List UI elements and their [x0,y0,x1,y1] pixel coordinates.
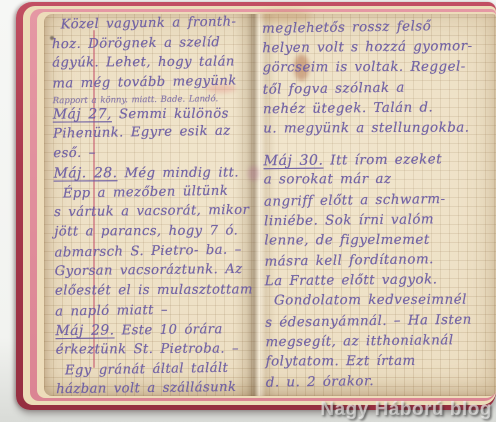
handwritten-text: jött a parancs, hogy 7 ó. [54,223,238,239]
left-page-handwriting: Közel vagyunk a fronth-hoz. Dörögnek a s… [52,15,249,402]
handwritten-line: helyen volt s hozzá gyomor- [262,39,492,62]
handwritten-text: liniébe. Sok írni valóm [264,212,434,229]
handwritten-text: eső. – [53,146,96,162]
handwritten-line: görcseim is voltak. Reggel- [263,60,493,81]
handwritten-text: Pihenünk. Egyre esik az [53,124,231,142]
handwritten-text: előestét el is mulasztottam [55,282,253,298]
handwritten-line: házban volt a szállásunk [56,380,248,402]
diary-entry-date-line: Máj 29. Este 10 órára [55,321,247,343]
handwritten-line: La Fratte előtt vagyok. [265,272,495,295]
handwritten-text: s vártuk a vacsorát, mikor [54,203,249,220]
handwritten-line: d. u. 2 órakor. [266,372,496,396]
handwritten-line: folytatom. Ezt írtam [266,353,496,374]
handwritten-line: érkeztünk St. Pietroba. – [56,341,248,362]
handwritten-text: helyen volt s hozzá gyomor- [262,39,472,56]
handwritten-text: d. u. 2 órakor. [266,374,375,391]
handwritten-line: u. megyünk a stellungokba. [263,120,493,141]
diary-photo: Közel vagyunk a fronth-hoz. Dörögnek a s… [0,0,496,422]
handwritten-text: a sorokat már az [264,172,392,188]
handwritten-text: nehéz ütegek. Talán d. [263,100,433,117]
handwritten-line: ágyúk. Lehet, hogy talán [52,55,244,76]
handwritten-text: folytatom. Ezt írtam [266,354,416,370]
handwritten-text: abmarsch S. Pietro- ba. – [54,242,241,260]
watermark-text: Nagy Háború blog [320,399,492,421]
handwritten-text: házban volt a szállásunk [56,380,236,397]
handwritten-text: Rapport a könny. miatt. Bade. Landó. [53,94,219,106]
handwritten-line: előestét el is mulasztottam [55,282,247,303]
entry-date: Máj. 28. [54,165,118,181]
handwritten-text: görcseim is voltak. Reggel- [263,60,466,76]
handwritten-line: Közel vagyunk a fronth- [52,14,244,37]
right-page-handwriting: meglehetős rossz felsőhelyen volt s hozz… [262,19,496,396]
handwritten-text: a napló miatt – [55,302,168,319]
open-diary-pages: Közel vagyunk a fronth-hoz. Dörögnek a s… [44,14,496,396]
diary-entry-date-line: Máj. 28. Még mindig itt. [54,164,246,185]
handwritten-text: Még mindig itt. [117,165,239,181]
handwritten-text: s édesanyámnál. – Ha Isten [265,312,472,330]
entry-date: Máj 27, [53,106,112,122]
handwritten-text: ágyúk. Lehet, hogy talán [52,55,235,71]
handwritten-text: től fogva szólnak a [263,80,405,97]
handwritten-line: liniébe. Sok írni valóm [264,211,494,234]
handwritten-text: másra kell fordítanom. [264,252,434,270]
handwritten-text: Gondolatom kedveseimnél [274,293,467,309]
entry-date: Máj 29. [55,323,114,340]
handwritten-text: Egy gránát által talált [65,360,229,378]
handwritten-text: angriff előtt a schwarm- [264,192,446,210]
handwritten-text: érkeztünk St. Pietroba. – [56,341,239,357]
handwritten-line: megsegít, az itthoniaknál [265,333,495,356]
handwritten-line: s vártuk a vacsorát, mikor [54,203,246,225]
handwritten-text: meglehetős rossz felső [262,19,431,37]
handwritten-text: La Fratte előtt vagyok. [265,273,438,290]
diary-entry-date-line: Máj 30. Itt írom ezeket [263,151,493,174]
handwritten-line: nehéz ütegek. Talán d. [263,100,493,123]
handwritten-line: jött a parancs, hogy 7 ó. [54,223,246,244]
handwritten-line: ma még tovább megyünk [52,73,244,96]
handwritten-line: Gyorsan vacsoráztunk. Az [55,262,247,284]
handwritten-line: eső. – [53,144,245,166]
handwritten-line: Pihenünk. Egyre esik az [53,124,245,147]
handwritten-text: ma még tovább megyünk [52,74,236,92]
handwritten-text: Épp a mezőben ültünk [63,183,229,201]
handwritten-text: Semmi különös [112,106,229,122]
entry-date: Máj 30. [263,153,323,170]
handwritten-text: Itt írom ezeket [323,152,442,168]
handwritten-text: hoz. Dörögnek a szelíd [52,35,220,52]
handwritten-line: hoz. Dörögnek a szelíd [52,35,244,57]
handwritten-text: Közel vagyunk a fronth- [61,15,237,33]
handwritten-line: lenne, de figyelmemet [264,232,494,253]
paper-stain [248,166,259,181]
handwritten-line: a napló miatt – [55,301,247,324]
handwritten-text: u. megyünk a stellungokba. [263,121,469,137]
handwritten-text: Este 10 órára [114,322,222,338]
handwritten-text: megsegít, az itthoniaknál [265,333,453,350]
handwritten-line: a sorokat már az [264,172,494,193]
handwritten-text: lenne, de figyelmemet [264,233,429,249]
handwritten-text: Gyorsan vacsoráztunk. Az [55,262,243,279]
handwritten-line: Gondolatom kedveseimnél [265,293,495,314]
